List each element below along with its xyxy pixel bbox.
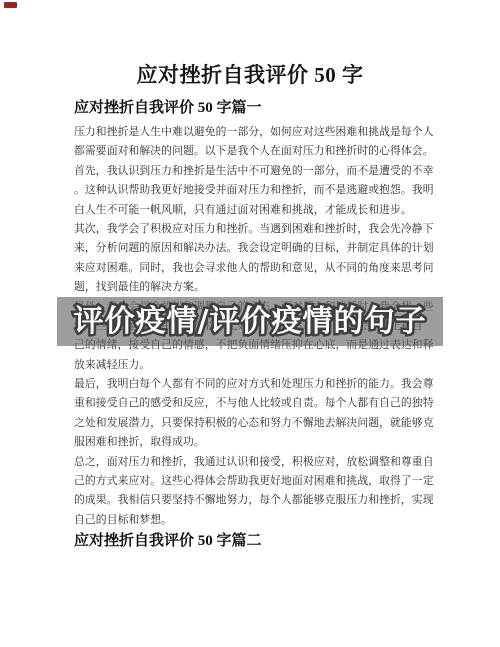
body-text-line: 总之，面对压力和挫折，我通过认识和接受，积极应对，放松调整和尊重自 — [74, 453, 430, 472]
body-text-line: 来，分析问题的原因和解决办法。我会设定明确的目标，并制定具体的计划 — [74, 239, 430, 258]
body-text-line: 的成果。我相信只要坚持不懈地努力，每个人都能够克服压力和挫折，实现 — [74, 491, 430, 510]
page-title: 应对挫折自我评价 50 字 — [0, 59, 500, 89]
body-text-line: 题，找到最佳的解决方案。 — [74, 278, 430, 297]
section-one-heading: 应对挫折自我评价 50 字篇一 — [74, 96, 262, 117]
watermark-banner: 评价疫情/评价疫情的句子 评价疫情/评价疫情的句子 — [57, 297, 443, 346]
body-text-line: 其次，我学会了积极应对压力和挫折。当遇到困难和挫折时，我会先冷静下 — [74, 220, 430, 239]
body-text-line: 之处和发展潜力，只要保持积极的心态和努力不懈地去解决问题，就能够克 — [74, 414, 430, 433]
body-text-line: 首先，我认识到压力和挫折是生活中不可避免的一部分，而不是遭受的不幸 — [74, 162, 430, 181]
watermark-text-fill: 评价疫情/评价疫情的句子 — [74, 304, 427, 339]
body-text-line: 白人生不可能一帆风顺，只有通过面对困难和挑战，才能成长和进步。 — [74, 201, 430, 220]
body-text-line: 最后，我明白每个人都有不同的应对方式和处理压力和挫折的能力。我会尊 — [74, 375, 430, 394]
body-text-line: 重和接受自己的感受和反应，不与他人比较或自责。每个人都有自己的独特 — [74, 394, 430, 413]
watermark-text: 评价疫情/评价疫情的句子 评价疫情/评价疫情的句子 — [74, 307, 427, 337]
body-text-line: 己的方式来应对。这些心得体会帮助我更好地面对困难和挑战，取得了一定 — [74, 472, 430, 491]
red-corner-mark — [4, 2, 17, 8]
section-two-heading: 应对挫折自我评价 50 字篇二 — [74, 529, 262, 550]
body-text-line: 来应对困难。同时，我也会寻求他人的帮助和意见，从不同的角度来思考问 — [74, 259, 430, 278]
body-text-line: 压力和挫折是人生中难以避免的一部分，如何应对这些困难和挑战是每个人 — [74, 123, 430, 142]
body-text-line: 自己的目标和梦想。 — [74, 511, 430, 530]
body-text-line: 。这种认识帮助我更好地接受并面对压力和挫折，而不是逃避或抱怨。我明 — [74, 181, 430, 200]
body-text-line: 服困难和挫折，取得成功。 — [74, 433, 430, 452]
document-page: 应对挫折自我评价 50 字 应对挫折自我评价 50 字篇一 压力和挫折是人生中难… — [0, 0, 500, 647]
body-text-line: 放来减轻压力。 — [74, 356, 430, 375]
body-text-line: 都需要面对和解决的问题。以下是我个人在面对压力和挫折时的心得体会。 — [74, 142, 430, 161]
